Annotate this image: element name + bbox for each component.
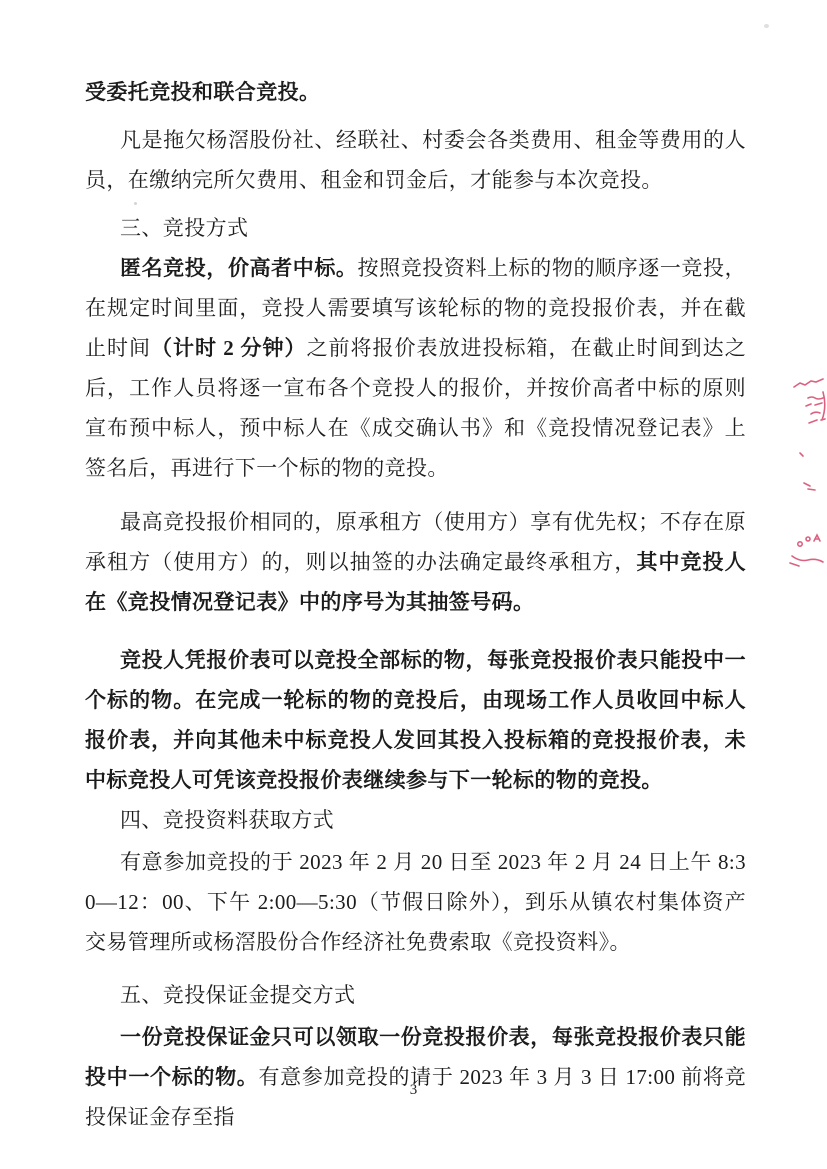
scan-speck (764, 24, 769, 28)
paragraph-continuation: 受委托竞投和联合竞投。 (85, 72, 746, 112)
page-number: 3 (0, 1080, 827, 1100)
paragraph-deposit-rules: 一份竞投保证金只可以领取一份竞投报价表，每张竞投报价表只能投中一个标的物。有意参… (85, 1017, 746, 1137)
heading-section-4: 四、竞投资料获取方式 (85, 800, 746, 840)
paragraph-segment: 受委托竞投和联合竞投。 (85, 80, 320, 104)
heading-section-3: 三、竞投方式 (85, 208, 746, 248)
heading-text: 五、竞投保证金提交方式 (120, 983, 355, 1007)
heading-text: 四、竞投资料获取方式 (120, 808, 334, 832)
paragraph-arrears: 凡是拖欠杨滘股份社、经联社、村委会各类费用、租金等费用的人员，在缴纳完所欠费用、… (85, 120, 746, 200)
red-seal-fragment (779, 372, 827, 582)
paragraph-segment: 匿名竞投，价高者中标。 (120, 256, 358, 280)
paragraph-tie-breaking: 最高竞投报价相同的，原承租方（使用方）享有优先权；不存在原承租方（使用方）的，则… (85, 502, 746, 622)
paragraph-segment: 有意参加竞投的于 2023 年 2 月 20 日至 2023 年 2 月 24 … (85, 850, 746, 954)
heading-section-5: 五、竞投保证金提交方式 (85, 975, 746, 1015)
paragraph-segment: 竞投人凭报价表可以竞投全部标的物，每张竞投报价表只能投中一个标的物。在完成一轮标… (85, 648, 746, 792)
document-page: 受委托竞投和联合竞投。 凡是拖欠杨滘股份社、经联社、村委会各类费用、租金等费用的… (0, 0, 827, 1169)
scan-speck (134, 202, 137, 205)
paragraph-segment: （计时 2 分钟） (151, 336, 306, 360)
paragraph-segment: 凡是拖欠杨滘股份社、经联社、村委会各类费用、租金等费用的人员，在缴纳完所欠费用、… (85, 128, 746, 192)
paragraph-bidding-method: 匿名竞投，价高者中标。按照竞投资料上标的物的顺序逐一竞投，在规定时间里面，竞投人… (85, 248, 746, 488)
heading-text: 三、竞投方式 (120, 216, 248, 240)
paragraph-materials-pickup: 有意参加竞投的于 2023 年 2 月 20 日至 2023 年 2 月 24 … (85, 842, 746, 962)
paragraph-quote-sheet-rules: 竞投人凭报价表可以竞投全部标的物，每张竞投报价表只能投中一个标的物。在完成一轮标… (85, 640, 746, 800)
text-body: 受委托竞投和联合竞投。 凡是拖欠杨滘股份社、经联社、村委会各类费用、租金等费用的… (85, 72, 746, 1137)
